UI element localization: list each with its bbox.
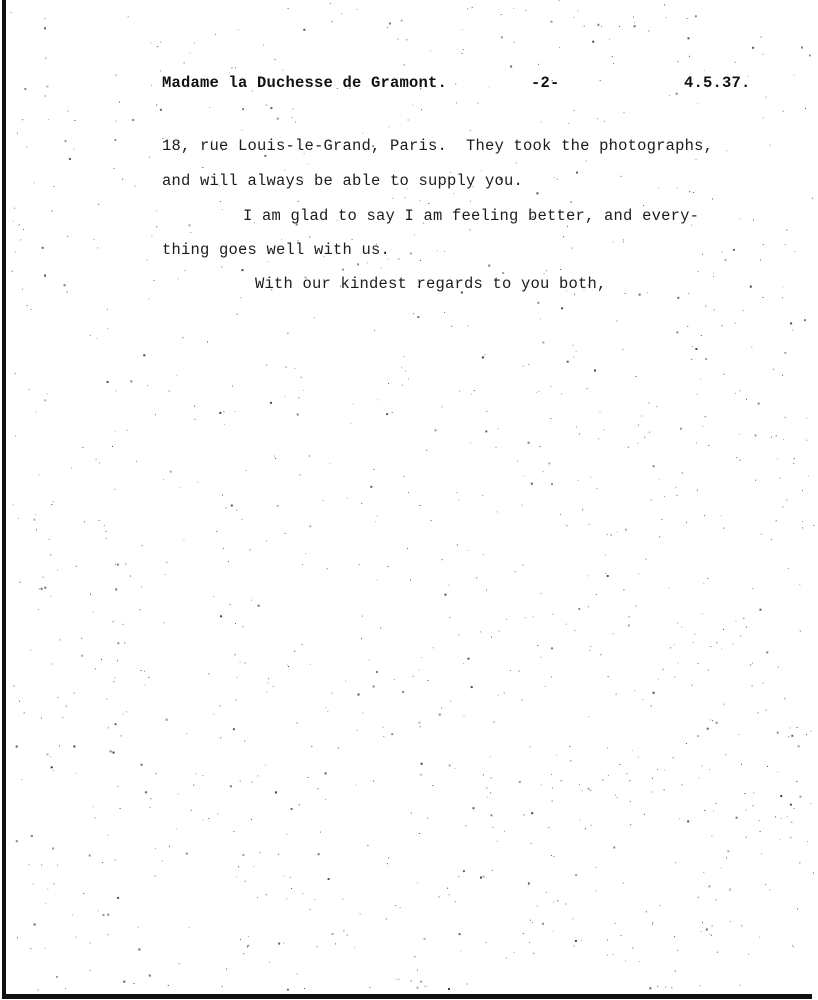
body-line-2: and will always be able to supply you. bbox=[162, 172, 523, 190]
header-page-number: -2- bbox=[531, 74, 560, 92]
body-line-1: 18, rue Louis-le-Grand, Paris. They took… bbox=[162, 137, 713, 155]
letter-page: Madame la Duchesse de Gramont. -2- 4.5.3… bbox=[0, 0, 818, 1000]
scan-bottom-edge bbox=[2, 994, 812, 999]
scan-left-edge bbox=[2, 0, 6, 995]
body-line-4: thing goes well with us. bbox=[162, 241, 390, 259]
body-line-3: I am glad to say I am feeling better, an… bbox=[243, 207, 699, 225]
header-recipient: Madame la Duchesse de Gramont. bbox=[162, 74, 447, 92]
header-date: 4.5.37. bbox=[684, 74, 751, 92]
closing-line: With our kindest regards to you both, bbox=[255, 275, 607, 293]
